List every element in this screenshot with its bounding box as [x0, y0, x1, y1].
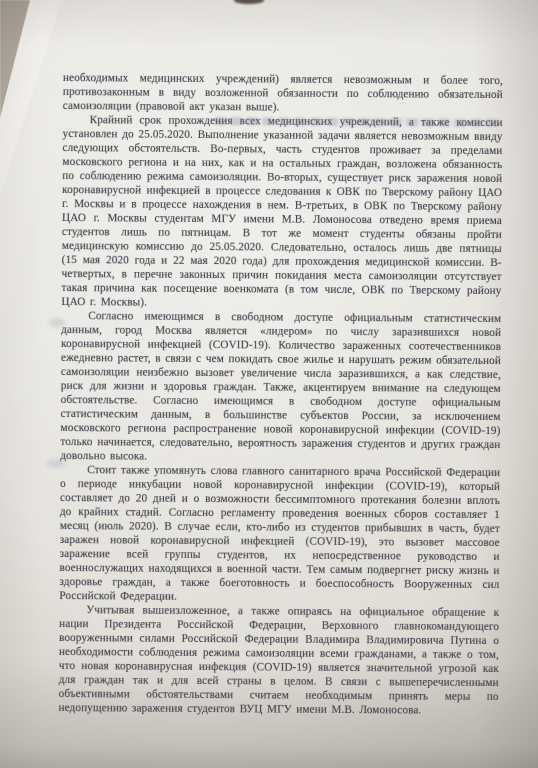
- scan-artifact-smudge: [47, 459, 65, 468]
- scan-artifact-smudge: [49, 318, 65, 327]
- document-photo: необходимых медицинских учреждений) явля…: [0, 0, 538, 768]
- paragraph-conclusion: Учитывая вышеизложенное, а также опираяс…: [59, 603, 500, 718]
- document-text: необходимых медицинских учреждений) явля…: [59, 71, 503, 718]
- paragraph-continuation: необходимых медицинских учреждений) явля…: [63, 71, 503, 116]
- paragraph-statistics: Согласно имеющимся в свободном доступе о…: [60, 309, 501, 466]
- paragraph-deadline: Крайний срок прохождения всех медицински…: [61, 113, 502, 312]
- paragraph-incubation: Стоит также упомянуть слова главного сан…: [59, 463, 500, 606]
